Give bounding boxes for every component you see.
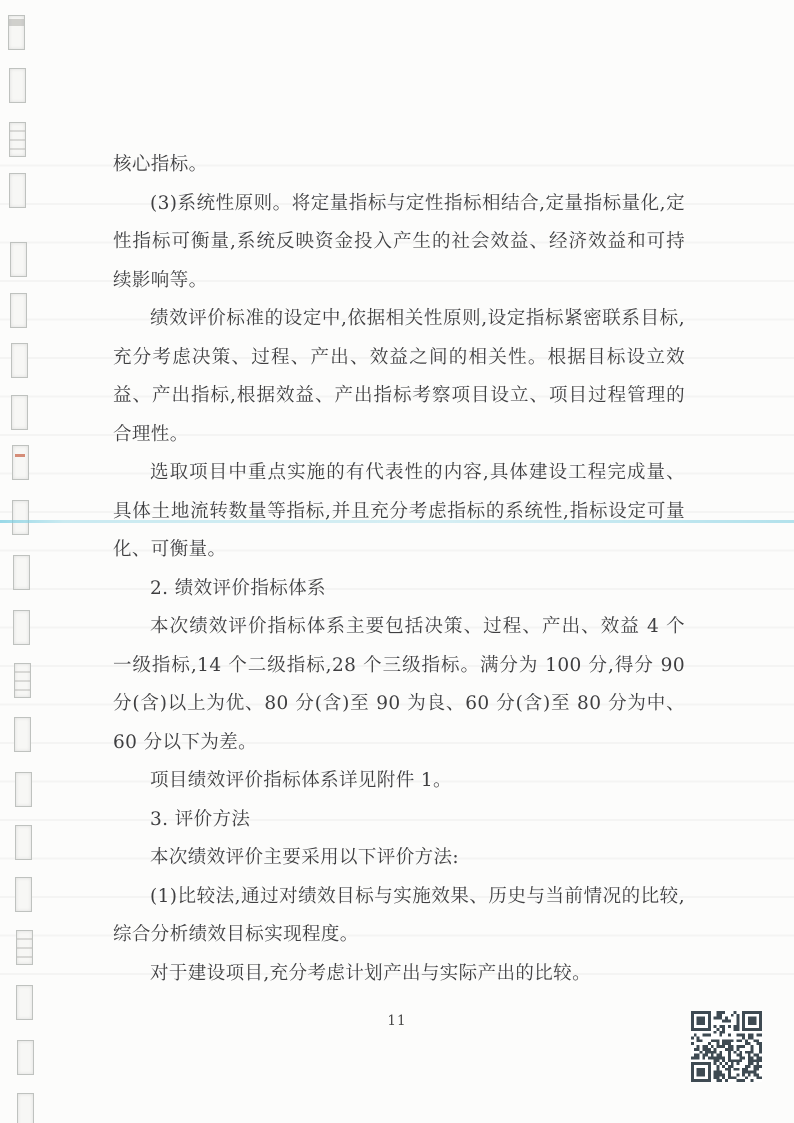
binding-hole: [8, 15, 25, 50]
paragraph: (3)系统性原则。将定量指标与定性指标相结合,定量指标量化,定性指标可衡量,系统…: [113, 185, 685, 301]
binding-hole-texture: [15, 664, 30, 697]
binding-hole: [10, 293, 27, 328]
paragraph: 核心指标。: [113, 146, 685, 185]
binding-hole: [17, 1093, 34, 1123]
binding-hole: [15, 772, 32, 807]
binding-hole-texture: [17, 931, 32, 964]
binding-hole: [17, 1040, 34, 1075]
paragraph: 项目绩效评价指标体系详见附件 1。: [113, 762, 685, 801]
qr-code: [691, 1011, 762, 1082]
binding-hole: [11, 343, 28, 378]
document-text: 核心指标。(3)系统性原则。将定量指标与定性指标相结合,定量指标量化,定性指标可…: [113, 146, 685, 993]
paragraph: 选取项目中重点实施的有代表性的内容,具体建设工程完成量、具体土地流转数量等指标,…: [113, 454, 685, 570]
binding-hole: [13, 610, 30, 645]
binding-hole: [12, 445, 29, 480]
binding-hole: [16, 930, 33, 965]
binding-hole-texture: [10, 123, 25, 156]
binding-hole: [15, 877, 32, 912]
paragraph: 2. 绩效评价指标体系: [113, 570, 685, 609]
page-number: 11: [0, 1013, 794, 1029]
binding-hole: [9, 173, 26, 208]
binding-hole: [13, 555, 30, 590]
scanned-document-page: 核心指标。(3)系统性原则。将定量指标与定性指标相结合,定量指标量化,定性指标可…: [0, 0, 794, 1123]
binding-hole: [9, 68, 26, 103]
binding-hole: [10, 242, 27, 277]
paragraph: 本次绩效评价指标体系主要包括决策、过程、产出、效益 4 个一级指标,14 个二级…: [113, 608, 685, 762]
paragraph: 绩效评价标准的设定中,依据相关性原则,设定指标紧密联系目标,充分考虑决策、过程、…: [113, 300, 685, 454]
paragraph: 本次绩效评价主要采用以下评价方法:: [113, 839, 685, 878]
paragraph: (1)比较法,通过对绩效目标与实施效果、历史与当前情况的比较,综合分析绩效目标实…: [113, 878, 685, 955]
binding-hole: [15, 825, 32, 860]
binding-hole-shadow: [9, 19, 24, 26]
binding-hole: [11, 395, 28, 430]
binding-hole: [9, 122, 26, 157]
red-ink-mark: [15, 454, 25, 457]
binding-hole: [12, 500, 29, 535]
paragraph: 对于建设项目,充分考虑计划产出与实际产出的比较。: [113, 955, 685, 994]
binding-hole: [14, 717, 31, 752]
paragraph: 3. 评价方法: [113, 801, 685, 840]
binding-hole: [14, 663, 31, 698]
